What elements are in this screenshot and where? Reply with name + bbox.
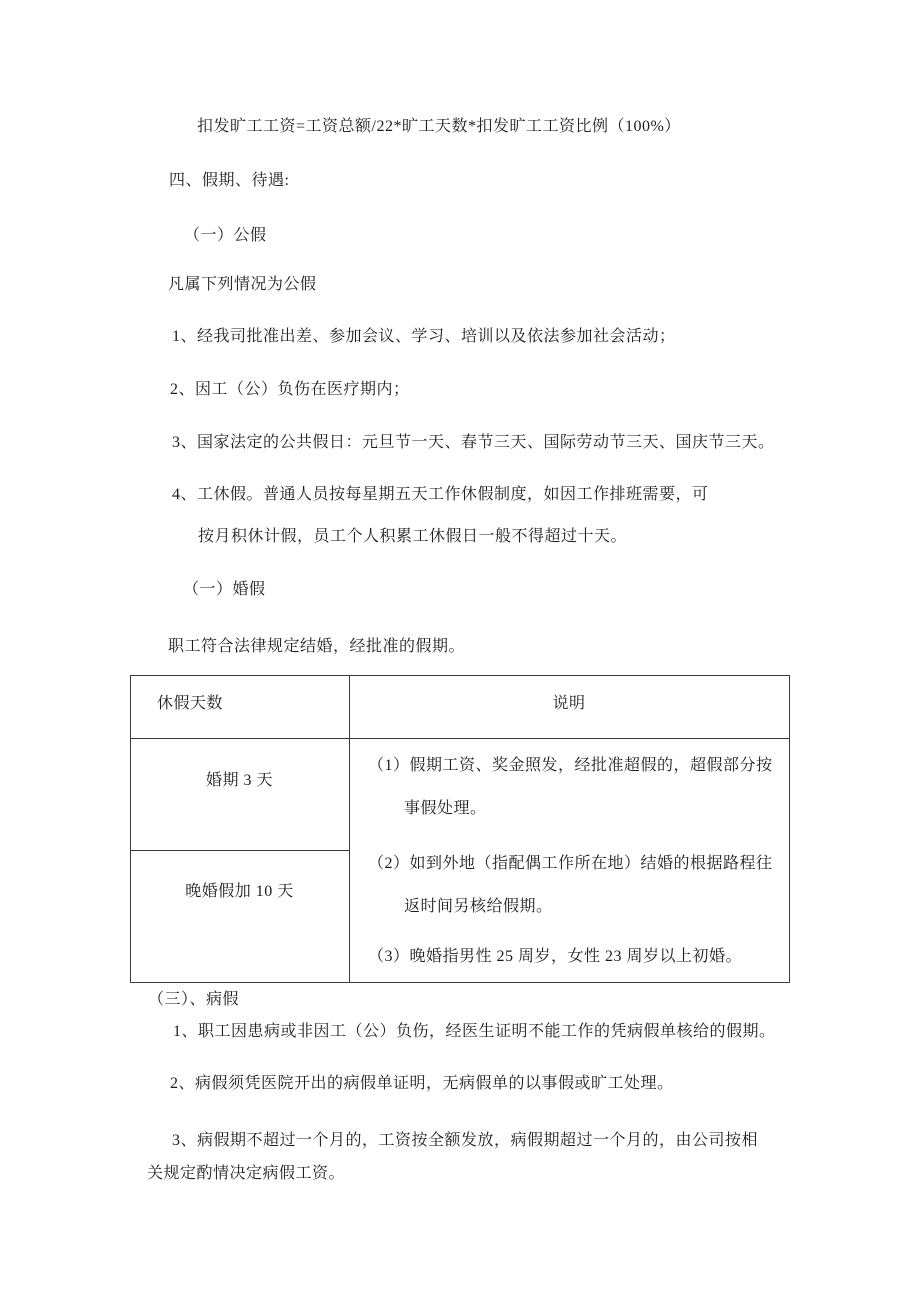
bingjia-item-3-line2: 关规定酌情决定病假工资。 bbox=[147, 1165, 345, 1182]
table-note-1-line1: （1）假期工资、奖金照发，经批准超假的，超假部分按 bbox=[368, 757, 773, 774]
gongjia-heading: （一）公假 bbox=[184, 227, 267, 244]
hunjia-intro: 职工符合法律规定结婚，经批准的假期。 bbox=[168, 638, 465, 655]
table-note-2-line2: 返时间另核给假期。 bbox=[404, 898, 553, 915]
gongjia-item-3: 3、国家法定的公共假日：元旦节一天、春节三天、国际劳动节三天、国庆节三天。 bbox=[172, 434, 775, 451]
bingjia-item-2: 2、病假须凭医院开出的病假单证明，无病假单的以事假或旷工处理。 bbox=[170, 1075, 674, 1092]
bingjia-item-1: 1、职工因患病或非因工（公）负伤，经医生证明不能工作的凭病假单核给的假期。 bbox=[173, 1023, 776, 1040]
document-page: 扣发旷工工资=工资总额/22*旷工天数*扣发旷工工资比例（100%） 四、假期、… bbox=[0, 0, 920, 1301]
table-header-note: 说明 bbox=[349, 695, 789, 712]
leave-table bbox=[130, 675, 790, 983]
gongjia-item-1: 1、经我司批准出差、参加会议、学习、培训以及依法参加社会活动； bbox=[172, 328, 676, 345]
table-note-3: （3）晚婚指男性 25 周岁，女性 23 周岁以上初婚。 bbox=[368, 948, 742, 965]
hunjia-heading: （一）婚假 bbox=[183, 581, 266, 598]
section-heading: 四、假期、待遇: bbox=[169, 172, 289, 189]
gongjia-item-4-line1: 4、工休假。普通人员按每星期五天工作休假制度，如因工作排班需要，可 bbox=[172, 486, 709, 503]
table-row-divider bbox=[131, 850, 349, 851]
gongjia-intro: 凡属下列情况为公假 bbox=[168, 276, 317, 293]
table-header-divider bbox=[131, 738, 789, 739]
table-note-1-line2: 事假处理。 bbox=[404, 800, 487, 817]
table-cell-late-marriage-days: 晚婚假加 10 天 bbox=[131, 883, 348, 900]
table-cell-marriage-days: 婚期 3 天 bbox=[131, 772, 348, 789]
gongjia-item-4-line2: 按月积休计假，员工个人积累工休假日一般不得超过十天。 bbox=[198, 528, 627, 545]
bingjia-item-3-line1: 3、病假期不超过一个月的，工资按全额发放，病假期超过一个月的，由公司按相 bbox=[172, 1132, 758, 1149]
gongjia-item-2: 2、因工（公）负伤在医疗期内； bbox=[170, 381, 410, 398]
formula-line: 扣发旷工工资=工资总额/22*旷工天数*扣发旷工工资比例（100%） bbox=[197, 118, 681, 135]
table-column-divider bbox=[349, 676, 350, 982]
bingjia-heading: （三）、病假 bbox=[148, 991, 239, 1008]
table-header-days: 休假天数 bbox=[157, 695, 223, 712]
table-note-2-line1: （2）如到外地（指配偶工作所在地）结婚的根据路程往 bbox=[368, 855, 773, 872]
